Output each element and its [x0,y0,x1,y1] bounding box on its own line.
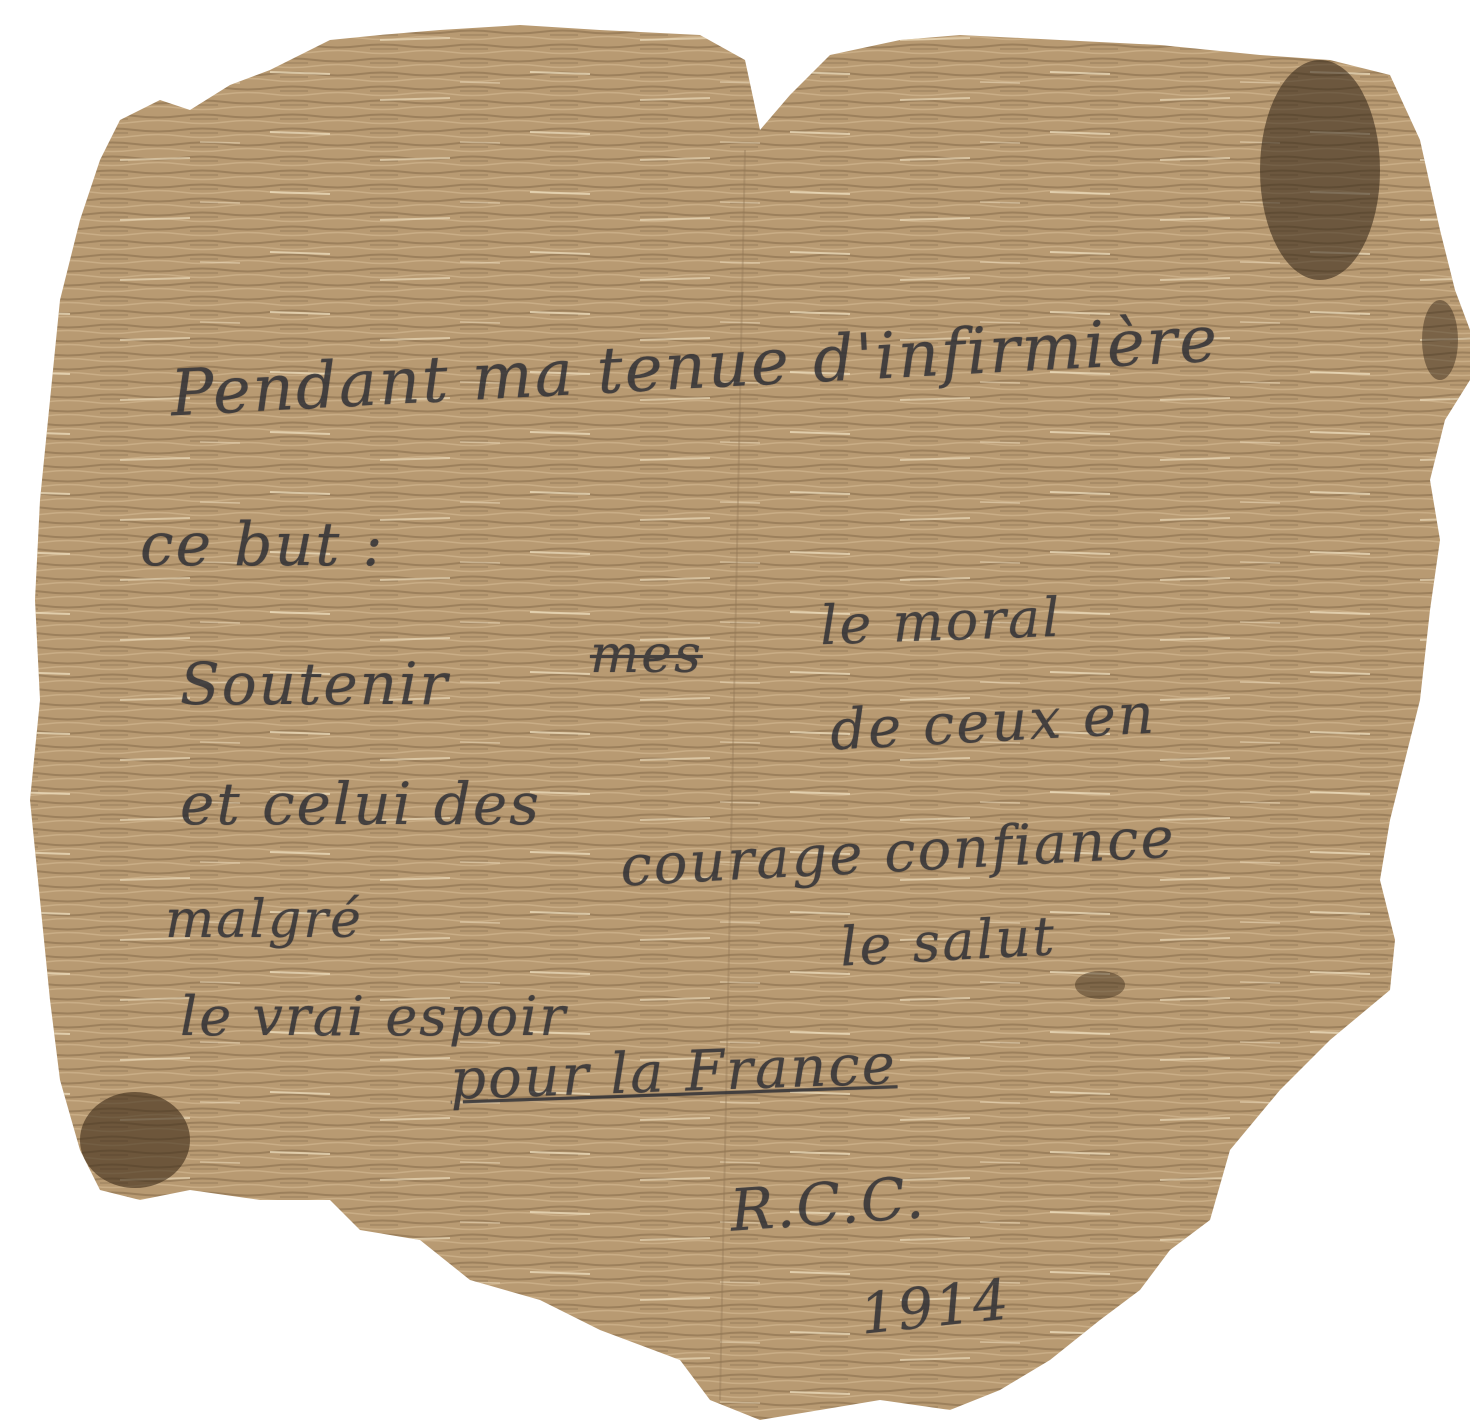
signature-initials: R.C.C. [728,1163,928,1244]
note-line-4-start: et celui des [180,770,541,838]
ink-stain-right-edge [1422,300,1458,380]
note-line-3-end: le moral [819,586,1062,657]
ink-stain-center-right [1075,971,1125,999]
note-line-3-struck-word: mes [590,625,703,685]
note-line-6: malgré [165,890,363,950]
note-line-7-start: le vrai espoir [180,985,567,1048]
note-line-7-end: le salut [838,904,1057,978]
note-line-2: ce but : [140,510,385,580]
note-line-3-start: Soutenir [180,650,449,718]
ink-stain-top-right [1260,60,1380,280]
ink-stain-bottom-left [80,1092,190,1188]
